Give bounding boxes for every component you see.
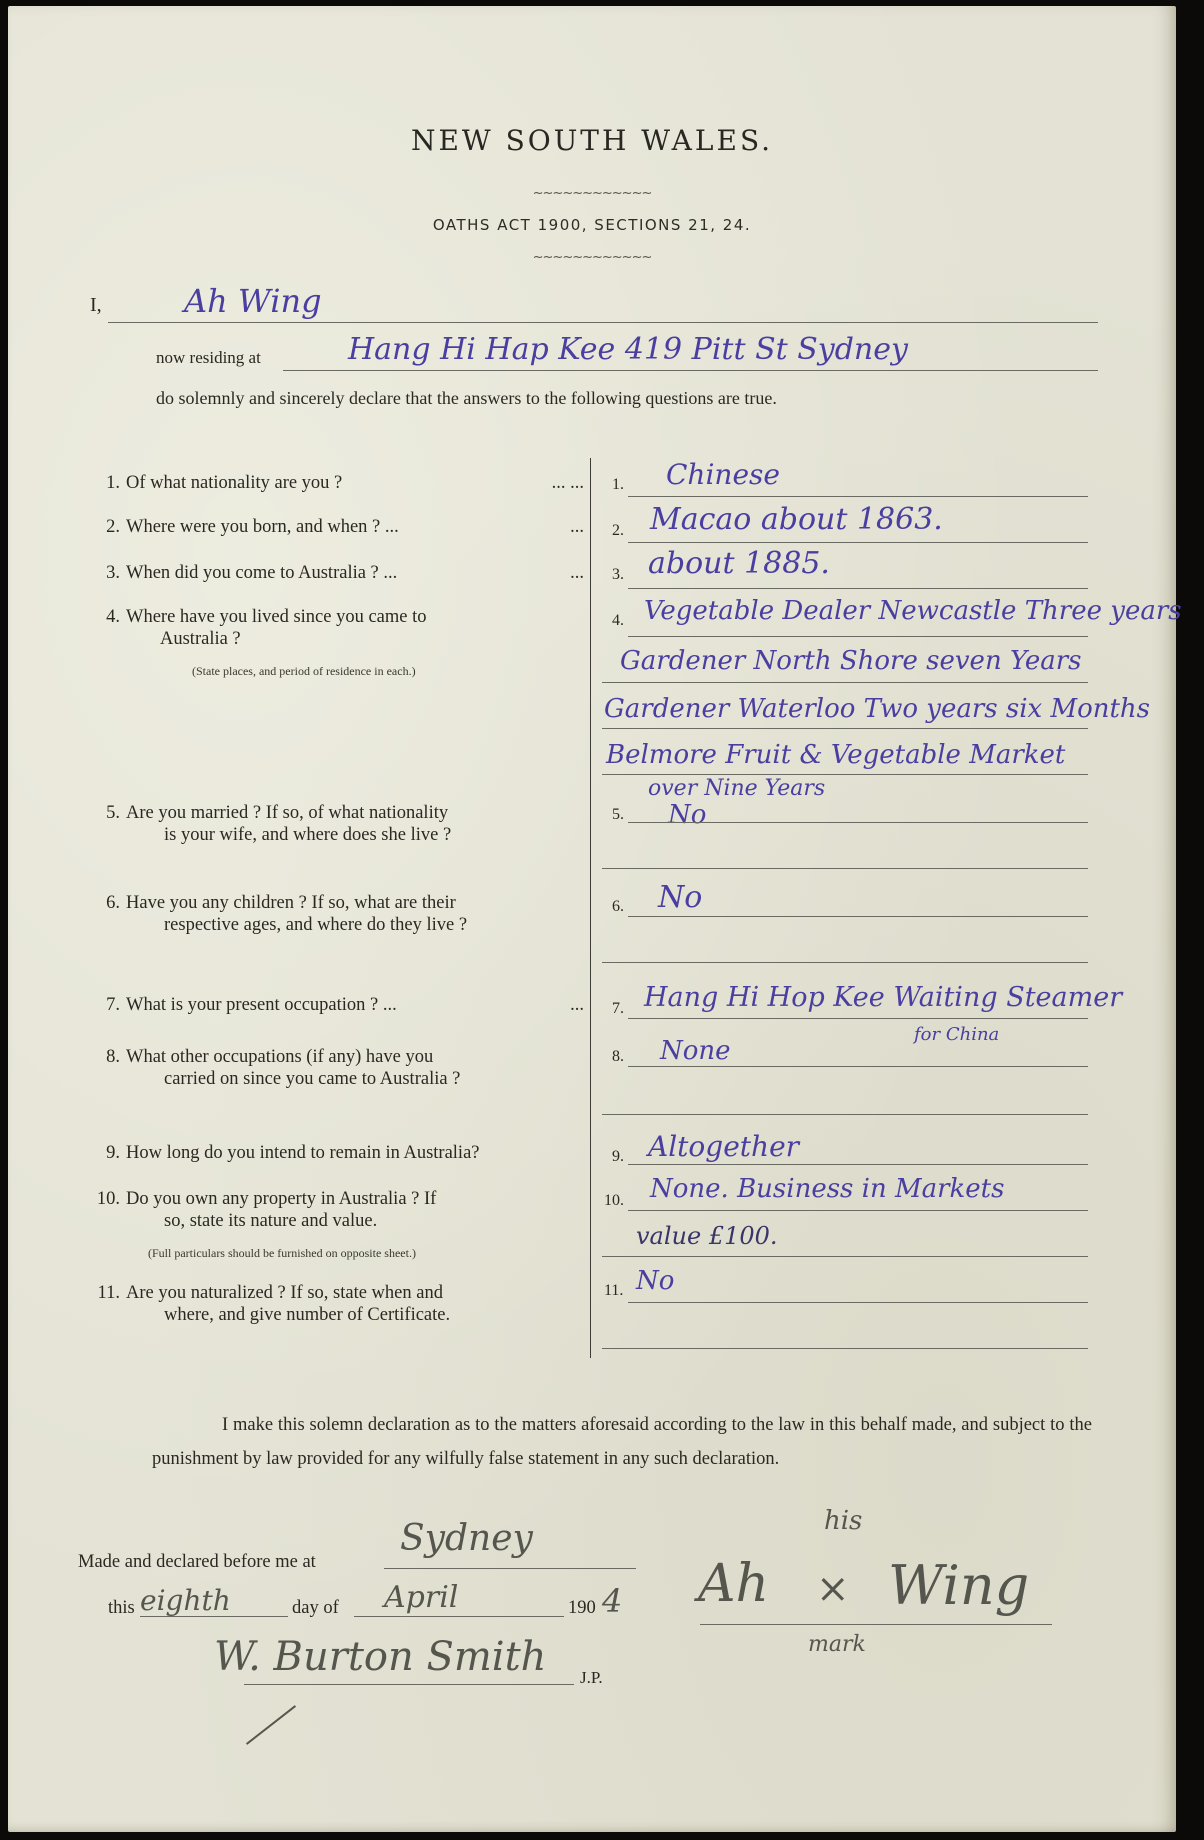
day-of-label: day of [292, 1598, 339, 1619]
jp-label: J.P. [580, 1668, 603, 1688]
question-2: 2.Where were you born, and when ? ... ..… [94, 516, 584, 538]
question-11: 11.Are you naturalized ? If so, state wh… [94, 1282, 584, 1326]
question-4: 4.Where have you lived since you came to… [94, 606, 584, 682]
answer-5-num: 5. [612, 806, 624, 824]
answer-4-num: 4. [612, 612, 624, 630]
answer-2: Macao about 1863. [650, 502, 943, 537]
answer-4-line-5: over Nine Years [648, 776, 825, 801]
ornament-top: ~~~~~~~~~~~~ [8, 186, 1176, 201]
pencil-stroke [246, 1705, 296, 1745]
answer-line [602, 728, 1088, 729]
question-5: 5.Are you married ? If so, of what natio… [94, 802, 584, 846]
question-8: 8.What other occupations (if any) have y… [94, 1046, 584, 1090]
answer-line [628, 916, 1088, 917]
answer-7-line-1: Hang Hi Hop Kee Waiting Steamer [644, 982, 1122, 1013]
document-subtitle: OATHS ACT 1900, SECTIONS 21, 24. [8, 216, 1176, 234]
answer-7-line-2: for China [914, 1024, 999, 1045]
answer-9-num: 9. [612, 1148, 624, 1166]
question-1: 1.Of what nationality are you ? ... ... [94, 472, 584, 494]
mark-line [700, 1624, 1052, 1625]
answer-line [602, 682, 1088, 683]
mark-mark: mark [808, 1632, 866, 1657]
name-line [108, 322, 1098, 323]
answer-2-num: 2. [612, 522, 624, 540]
question-3: 3.When did you come to Australia ? ... .… [94, 562, 584, 584]
i-label: I, [90, 294, 102, 317]
question-4-note: (State places, and period of residence i… [94, 660, 584, 682]
answer-line [628, 1210, 1088, 1211]
answer-9: Altogether [648, 1130, 799, 1163]
mark-x: × [816, 1566, 850, 1612]
question-6: 6.Have you any children ? If so, what ar… [94, 892, 584, 936]
day-declared: eighth [140, 1584, 231, 1617]
document-page: NEW SOUTH WALES. ~~~~~~~~~~~~ OATHS ACT … [8, 6, 1176, 1832]
answer-line [628, 1066, 1088, 1067]
declaration-intro: do solemnly and sincerely declare that t… [156, 388, 777, 409]
document-title: NEW SOUTH WALES. [8, 124, 1176, 157]
answer-10-line-2: value £100. [636, 1222, 778, 1250]
answer-1-num: 1. [612, 476, 624, 494]
answer-10-line-1: None. Business in Markets [650, 1174, 1004, 1204]
answer-11-num: 11. [604, 1282, 623, 1300]
residence-line [283, 370, 1098, 371]
answer-line [628, 636, 1088, 637]
answer-line [628, 588, 1088, 589]
mark-name-left: Ah [698, 1554, 769, 1614]
answer-line [602, 1256, 1088, 1257]
answer-4-line-4: Belmore Fruit & Vegetable Market [606, 740, 1065, 770]
month-line [354, 1616, 564, 1617]
jp-signature: W. Burton Smith [214, 1634, 546, 1680]
answer-line [628, 496, 1088, 497]
answer-3-num: 3. [612, 566, 624, 584]
answer-4-line-1: Vegetable Dealer Newcastle Three years [644, 596, 1182, 626]
answer-line [628, 1302, 1088, 1303]
answer-line [602, 774, 1088, 775]
answer-line [628, 1164, 1088, 1165]
answer-line [628, 1018, 1088, 1019]
place-line [384, 1568, 636, 1569]
answer-line [628, 822, 1088, 823]
jp-signature-line [244, 1684, 574, 1685]
answer-line [602, 1114, 1088, 1115]
mark-his: his [824, 1506, 862, 1536]
residence-address: Hang Hi Hap Kee 419 Pitt St Sydney [348, 332, 908, 367]
answer-4-line-3: Gardener Waterloo Two years six Months [604, 694, 1150, 724]
answer-3: about 1885. [648, 546, 830, 581]
answer-line [602, 962, 1088, 963]
year-prefix: 190 [568, 1598, 596, 1619]
question-7: 7.What is your present occupation ? ... … [94, 994, 584, 1016]
answer-line [602, 1348, 1088, 1349]
residing-label: now residing at [156, 348, 261, 368]
answer-line [602, 868, 1088, 869]
place-declared: Sydney [400, 1518, 533, 1559]
answer-4-line-2: Gardener North Shore seven Years [620, 646, 1082, 676]
day-line [140, 1616, 288, 1617]
answer-11: No [636, 1266, 674, 1296]
answer-1: Chinese [666, 458, 780, 491]
month-declared: April [384, 1580, 458, 1615]
answer-line [628, 542, 1088, 543]
solemn-declaration: I make this solemn declaration as to the… [152, 1408, 1092, 1476]
answer-6-num: 6. [612, 898, 624, 916]
answer-7-num: 7. [612, 1000, 624, 1018]
this-label: this [108, 1598, 135, 1619]
question-9: 9.How long do you intend to remain in Au… [94, 1142, 584, 1164]
mark-name-right: Wing [888, 1554, 1029, 1617]
answer-8-num: 8. [612, 1048, 624, 1066]
answer-6: No [658, 880, 702, 915]
column-divider [590, 458, 591, 1358]
year-suffix: 4 [602, 1582, 622, 1620]
ornament-bottom: ~~~~~~~~~~~~ [8, 250, 1176, 265]
made-declared-label: Made and declared before me at [78, 1552, 316, 1573]
answer-5: No [668, 800, 706, 830]
answer-10-num: 10. [604, 1192, 624, 1210]
answer-8: None [660, 1036, 731, 1066]
declarant-name: Ah Wing [184, 282, 322, 320]
question-10: 10.Do you own any property in Australia … [94, 1188, 584, 1264]
question-10-note: (Full particulars should be furnished on… [94, 1242, 584, 1264]
